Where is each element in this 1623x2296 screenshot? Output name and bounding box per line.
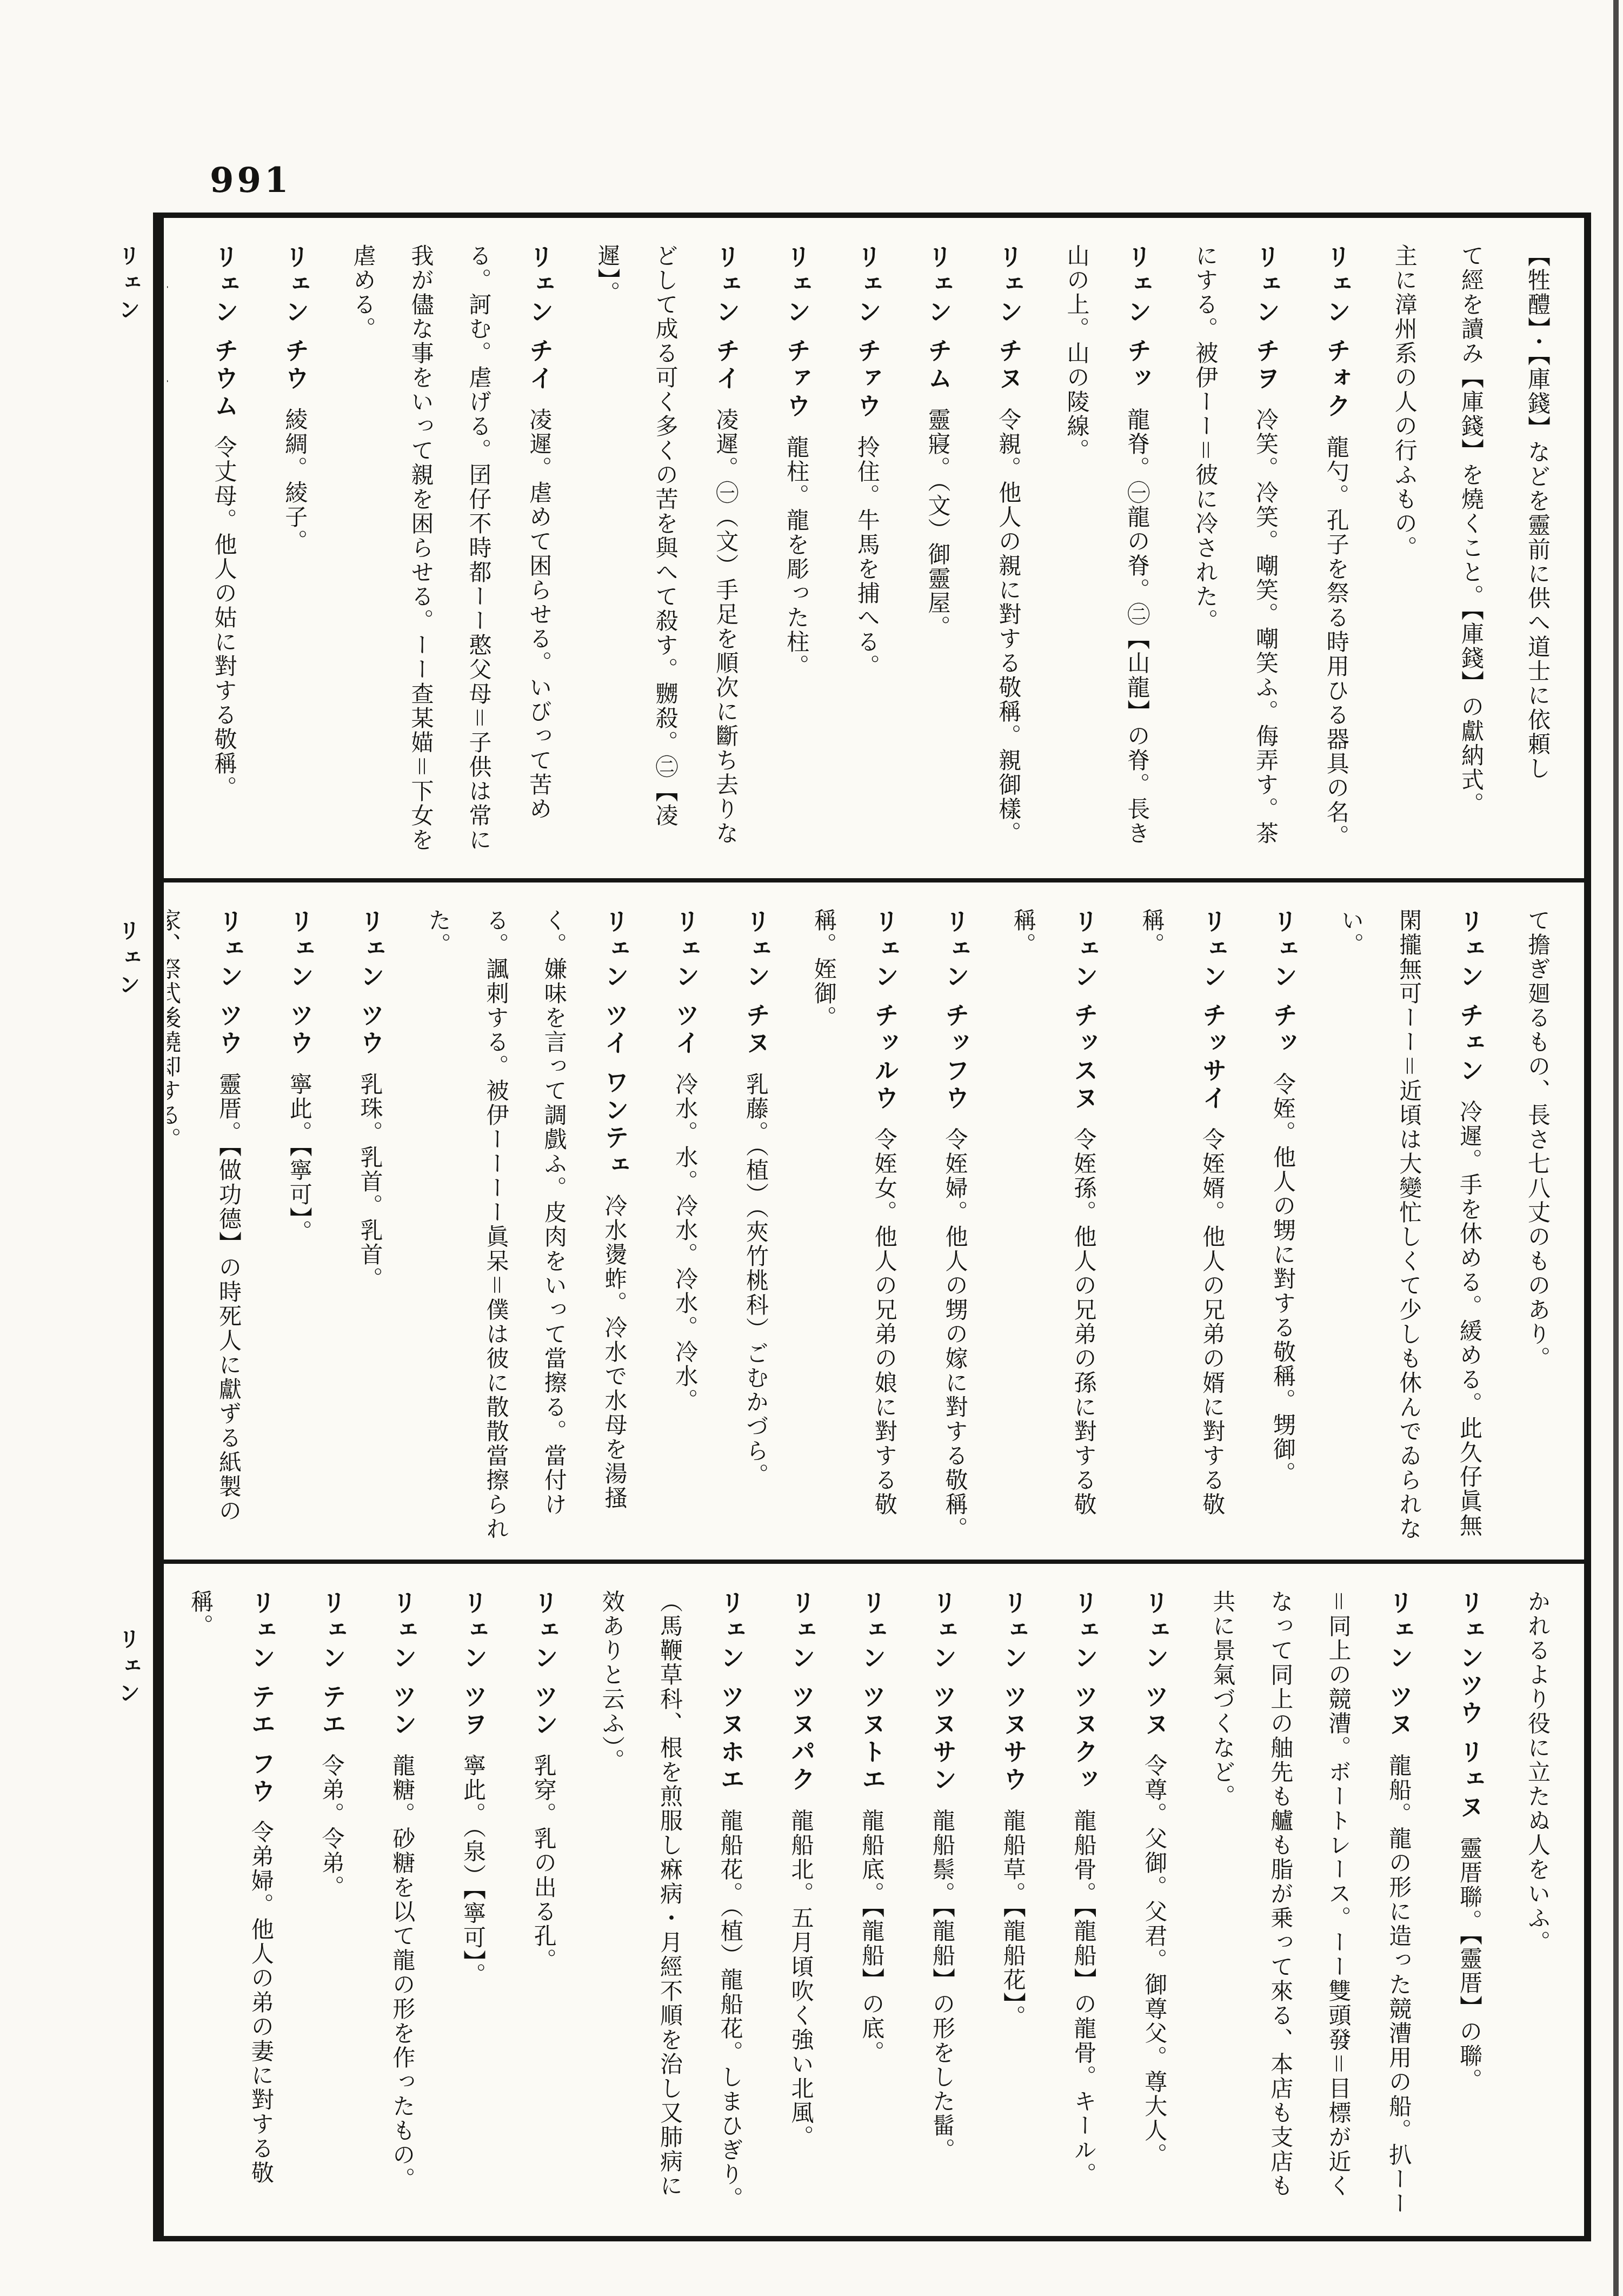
dictionary-entry: かれるより役に立たぬ人をいふ。 bbox=[1509, 1590, 1567, 2220]
dictionary-entry: リェン チッサイ令姪婿。他人の兄弟の婿に對する敬稱。 bbox=[1123, 908, 1243, 1549]
dictionary-entry: リェン チェン龍燈。竹の骨に紗を貼った龍の形の燈籠、正月の十五日の晩などに點燈し… bbox=[167, 244, 184, 867]
entry-definition: 凌遲。虐めて困らせる。いびって苦める。訶む。虐げる。囝仔不時都ーー憨父母＝子供は… bbox=[350, 244, 553, 852]
entry-headword: リェン ツヌホエ bbox=[716, 1590, 745, 1795]
entry-headword: リェン チヌ bbox=[742, 908, 770, 1058]
dictionary-entry: リェン ツン龍糖。砂糖を以て龍の形を作ったもの。 bbox=[371, 1590, 433, 2220]
dictionary-entry: リェン ツヌホエ龍船花。（植）龍船花。しまひぎり。（馬鞭草科、根を煎服し痳病・月… bbox=[583, 1590, 761, 2220]
entry-definition: て經を讀み【庫錢】を燒くこと。【庫錢】の獻納式。 bbox=[1458, 244, 1485, 817]
entry-definition: 龍船北。五月頃吹く強い北風。 bbox=[788, 1809, 814, 2149]
entry-definition: 【牲醴】・【庫錢】などを靈前に供へ道士に依頼し bbox=[1525, 244, 1551, 781]
entry-definition: 龍船骨。【龍船】の龍骨。キール。 bbox=[1070, 1809, 1097, 2187]
entry-definition: 令弟。令弟。 bbox=[318, 1754, 345, 1900]
entry-headword: リェン チォク bbox=[1322, 244, 1351, 421]
dictionary-entry: リェン チッ龍脊。㊀龍の脊。㊁【山龍】の脊。長き山の上。山の陵線。 bbox=[1048, 244, 1168, 867]
entry-headword: リェン ツヌサウ bbox=[999, 1590, 1028, 1795]
dictionary-entry: リェン ツヌパク龍船北。五月頃吹く強い北風。 bbox=[770, 1590, 832, 2220]
entry-definition: 靈厝聯。【靈厝】の聯。 bbox=[1456, 1836, 1483, 2093]
entry-headword: リェン テエ bbox=[317, 1590, 346, 1740]
entry-definition: 冷水燙蚱。冷水で水母を湯搔く。嫌味を言って調戲ふ。皮肉をいって當擦る。當付ける。… bbox=[425, 908, 628, 1541]
entry-headword: リェン チウム bbox=[210, 244, 239, 421]
entry-headword: リェン チッ bbox=[1123, 244, 1152, 394]
entry-headword: リェン チェン bbox=[167, 244, 168, 421]
entry-headword: リェン チァウ bbox=[853, 244, 882, 421]
entry-headword: リェン チイ bbox=[711, 244, 740, 394]
entry-headword: リェン ツン bbox=[388, 1590, 417, 1740]
entry-headword: リェン ツヌパク bbox=[787, 1590, 815, 1795]
dictionary-entry: リェン ツウ乳珠。乳首。乳首。 bbox=[339, 908, 401, 1549]
dictionary-entry: リェン テエ フウ令弟婦。他人の弟の妻に對する敬稱。 bbox=[172, 1590, 292, 2220]
margin-guide-word-band1: リェン bbox=[112, 244, 143, 326]
entry-headword: リェン ツヲ bbox=[459, 1590, 488, 1740]
entry-headword: リェン チム bbox=[924, 244, 953, 394]
entry-headword: リェン チッスヌ bbox=[1069, 908, 1098, 1113]
dictionary-entry: リェン チッ令姪。他人の甥に對する敬稱。甥御。 bbox=[1252, 908, 1314, 1549]
entry-definition: 乳珠。乳首。乳首。 bbox=[357, 1072, 383, 1291]
dictionary-entry: リェン チォク龍勺。孔子を祭る時用ひる器具の名。 bbox=[1305, 244, 1367, 867]
dictionary-entry: 【牲醴】・【庫錢】などを靈前に供へ道士に依頼し bbox=[1509, 244, 1567, 867]
entry-definition: 令姪婦。他人の甥の嫁に對する敬稱。 bbox=[942, 1127, 969, 1541]
dictionary-entry: リェン ツヌサウ龍船草。【龍船花】。 bbox=[982, 1590, 1044, 2220]
entry-definition: 令姪。他人の甥に對する敬稱。甥御。 bbox=[1270, 1072, 1296, 1486]
entry-headword: リェン チッフウ bbox=[941, 908, 970, 1113]
entry-definition: て擔ぎ廻るもの、長さ七八丈のものあり。 bbox=[1525, 908, 1551, 1371]
entry-definition: 龍糖。砂糖を以て龍の形を作ったもの。 bbox=[389, 1754, 416, 2192]
entry-headword: リェン ツヌ bbox=[1140, 1590, 1169, 1740]
dictionary-entry: リェン チヌ乳藤。（植）（夾竹桃科）ごむかづら。 bbox=[724, 908, 787, 1549]
entry-headword: リェン ツヌクッ bbox=[1069, 1590, 1098, 1795]
dictionary-entry: リェン チェン冷遲。手を休める。緩める。此久仔眞無閑攏無可ーー＝近頃は大變忙しく… bbox=[1322, 908, 1500, 1549]
entry-definition: 令親。他人の親に對する敬稱。親御樣。 bbox=[995, 408, 1022, 846]
margin-guide-word-band3: リェン bbox=[112, 1628, 143, 1709]
entry-definition: 龍勺。孔子を祭る時用ひる器具の名。 bbox=[1323, 435, 1350, 849]
entry-headword: リェン ツヌ bbox=[1385, 1590, 1413, 1740]
dictionary-entry: リェン ツヌ令尊。父御。父君。御尊父。尊大人。 bbox=[1123, 1590, 1185, 2220]
dictionary-entry: て擔ぎ廻るもの、長さ七八丈のものあり。 bbox=[1509, 908, 1567, 1549]
dictionary-entry: リェン テエ令弟。令弟。 bbox=[301, 1590, 363, 2220]
dictionary-entry: リェン チッスヌ令姪孫。他人の兄弟の孫に對する敬稱。 bbox=[995, 908, 1115, 1549]
scanned-dictionary-page: 991 リェン リェン リェン 【牲醴】・【庫錢】などを靈前に供へ道士に依頼して… bbox=[0, 0, 1623, 2296]
text-frame: 【牲醴】・【庫錢】などを靈前に供へ道士に依頼して經を讀み【庫錢】を燒くこと。【庫… bbox=[153, 213, 1591, 2241]
entry-band-1: 【牲醴】・【庫錢】などを靈前に供へ道士に依頼して經を讀み【庫錢】を燒くこと。【庫… bbox=[167, 218, 1581, 878]
dictionary-entry: リェン チム靈寢。（文）御靈屋。 bbox=[907, 244, 969, 867]
margin-guide-word-band2: リェン bbox=[112, 919, 143, 1000]
entry-definition: 龍柱。龍を彫った柱。 bbox=[783, 435, 810, 679]
entry-headword: リェン ツヌトエ bbox=[857, 1590, 886, 1795]
entry-definition: 主に漳州系の人の行ふもの。 bbox=[1392, 244, 1418, 560]
entry-band-2: て擔ぎ廻るもの、長さ七八丈のものあり。リェン チェン冷遲。手を休める。緩める。此… bbox=[167, 882, 1581, 1560]
entry-definition: 令丈母。他人の姑に對する敬稱。 bbox=[211, 435, 238, 800]
dictionary-entry: リェン チイ凌遲。㊀（文）手足を順次に斷ち去りなどして成る可く多くの苦を與へて殺… bbox=[578, 244, 756, 867]
entry-definition: 乳藤。（植）（夾竹桃科）ごむかづら。 bbox=[743, 1072, 769, 1488]
dictionary-entry: リェン ツヌトエ龍船底。【龍船】の底。 bbox=[840, 1590, 902, 2220]
dictionary-entry: リェンツウ リェヌ靈厝聯。【靈厝】の聯。 bbox=[1438, 1590, 1500, 2220]
band-divider-1 bbox=[164, 878, 1584, 882]
dictionary-entry: て經を讀み【庫錢】を燒くこと。【庫錢】の獻納式。 bbox=[1442, 244, 1500, 867]
entry-headword: リェン チイ bbox=[525, 244, 554, 394]
entry-headword: リェン チァウ bbox=[782, 244, 811, 421]
entry-headword: リェン ツウ bbox=[215, 908, 243, 1058]
dictionary-entry: リェン チァウ拎住。牛馬を捕へる。 bbox=[836, 244, 898, 867]
entry-definition: 龍船草。【龍船花】。 bbox=[1000, 1809, 1027, 2029]
page-gutter-shadow bbox=[1613, 0, 1619, 2296]
dictionary-entry: リェン チッフウ令姪婦。他人の甥の嫁に對する敬稱。 bbox=[924, 908, 986, 1549]
dictionary-entry: リェン ツウ靈厝。【做功德】の時死人に獻ずる紙製の家、祭式後燒却する。 bbox=[167, 908, 260, 1549]
dictionary-entry: リェン チァウ龍柱。龍を彫った柱。 bbox=[765, 244, 827, 867]
entry-definition: 寧此。【寧可】。 bbox=[287, 1072, 313, 1244]
entry-headword: リェン チッルウ bbox=[870, 908, 899, 1113]
entry-definition: 冷水。水。冷水。冷水。冷水。 bbox=[672, 1072, 699, 1413]
band-divider-2 bbox=[164, 1560, 1584, 1564]
entry-definition: 龍船底。【龍船】の底。 bbox=[859, 1809, 885, 2065]
dictionary-entry: 主に漳州系の人の行ふもの。 bbox=[1376, 244, 1434, 867]
entry-definition: 乳穿。乳の出る孔。 bbox=[531, 1754, 557, 1973]
entry-definition: 靈寢。（文）御靈屋。 bbox=[925, 408, 952, 640]
entry-headword: リェンツウ リェヌ bbox=[1455, 1590, 1484, 1822]
entry-definition: 龍船。龍の形に造った競漕用の船。扒ーー＝同上の競漕。ボートレース。ーー雙頭發＝目… bbox=[1209, 1590, 1412, 2216]
entry-headword: リェン ツウ bbox=[356, 908, 384, 1058]
dictionary-entry: リェン チイ凌遲。虐めて困らせる。いびって苦める。訶む。虐げる。囝仔不時都ーー憨… bbox=[334, 244, 570, 867]
dictionary-entry: リェン チヲ冷笑。冷笑。嘲笑。嘲笑ふ。侮弄す。茶にする。被伊ーー＝彼に冷された。 bbox=[1176, 244, 1296, 867]
entry-headword: リェン ツヌサン bbox=[928, 1590, 957, 1795]
dictionary-entry: リェン ツイ冷水。水。冷水。冷水。冷水。 bbox=[654, 908, 716, 1549]
dictionary-entry: リェン ツヌクッ龍船骨。【龍船】の龍骨。キール。 bbox=[1053, 1590, 1115, 2220]
entry-definition: かれるより役に立たぬ人をいふ。 bbox=[1525, 1590, 1551, 1955]
dictionary-entry: リェン チッルウ令姪女。他人の兄弟の娘に對する敬稱。姪御。 bbox=[795, 908, 915, 1549]
entry-headword: リェン チェン bbox=[1455, 908, 1484, 1086]
dictionary-entry: リェン チウム令丈母。他人の姑に對する敬稱。 bbox=[193, 244, 255, 867]
dictionary-entry: リェン チヌ令親。他人の親に對する敬稱。親御樣。 bbox=[977, 244, 1040, 867]
entry-headword: リェン チッサイ bbox=[1198, 908, 1227, 1113]
dictionary-entry: リェン ツン乳穿。乳の出る孔。 bbox=[513, 1590, 575, 2220]
entry-headword: リェン チヲ bbox=[1252, 244, 1280, 394]
dictionary-entry: リェン ツウ寧此。【寧可】。 bbox=[268, 908, 330, 1549]
page-number: 991 bbox=[210, 160, 292, 201]
entry-definition: 綾綢。綾子。 bbox=[282, 408, 308, 554]
entry-headword: リェン ツン bbox=[530, 1590, 558, 1740]
entry-headword: リェン チヌ bbox=[994, 244, 1023, 394]
entry-band-3: かれるより役に立たぬ人をいふ。リェンツウ リェヌ靈厝聯。【靈厝】の聯。リェン ツ… bbox=[167, 1564, 1581, 2231]
dictionary-entry: リェン チウ綾綢。綾子。 bbox=[264, 244, 326, 867]
entry-definition: 龍船鬃。【龍船】の形をした髷。 bbox=[929, 1809, 956, 2162]
entry-definition: 令尊。父御。父君。御尊父。尊大人。 bbox=[1141, 1754, 1168, 2167]
dictionary-entry: リェン ツヌサン龍船鬃。【龍船】の形をした髷。 bbox=[911, 1590, 973, 2220]
entry-headword: リェン テエ フウ bbox=[247, 1590, 276, 1806]
entry-headword: リェン ツウ bbox=[285, 908, 314, 1058]
entry-headword: リェン ツイ bbox=[671, 908, 700, 1058]
dictionary-entry: リェン ツイ ワンテェ冷水燙蚱。冷水で水母を湯搔く。嫌味を言って調戲ふ。皮肉をい… bbox=[409, 908, 645, 1549]
entry-headword: リェン ツイ ワンテェ bbox=[600, 908, 629, 1180]
entry-headword: リェン チッ bbox=[1269, 908, 1298, 1058]
entry-definition: 寧此。（泉）【寧可】。 bbox=[460, 1754, 487, 1987]
entry-headword: リェン チウ bbox=[281, 244, 309, 394]
dictionary-entry: リェン ツヲ寧此。（泉）【寧可】。 bbox=[442, 1590, 504, 2220]
dictionary-entry: リェン ツヌ龍船。龍の形に造った競漕用の船。扒ーー＝同上の競漕。ボートレース。ー… bbox=[1194, 1590, 1429, 2220]
entry-definition: 拎住。牛馬を捕へる。 bbox=[854, 435, 881, 679]
